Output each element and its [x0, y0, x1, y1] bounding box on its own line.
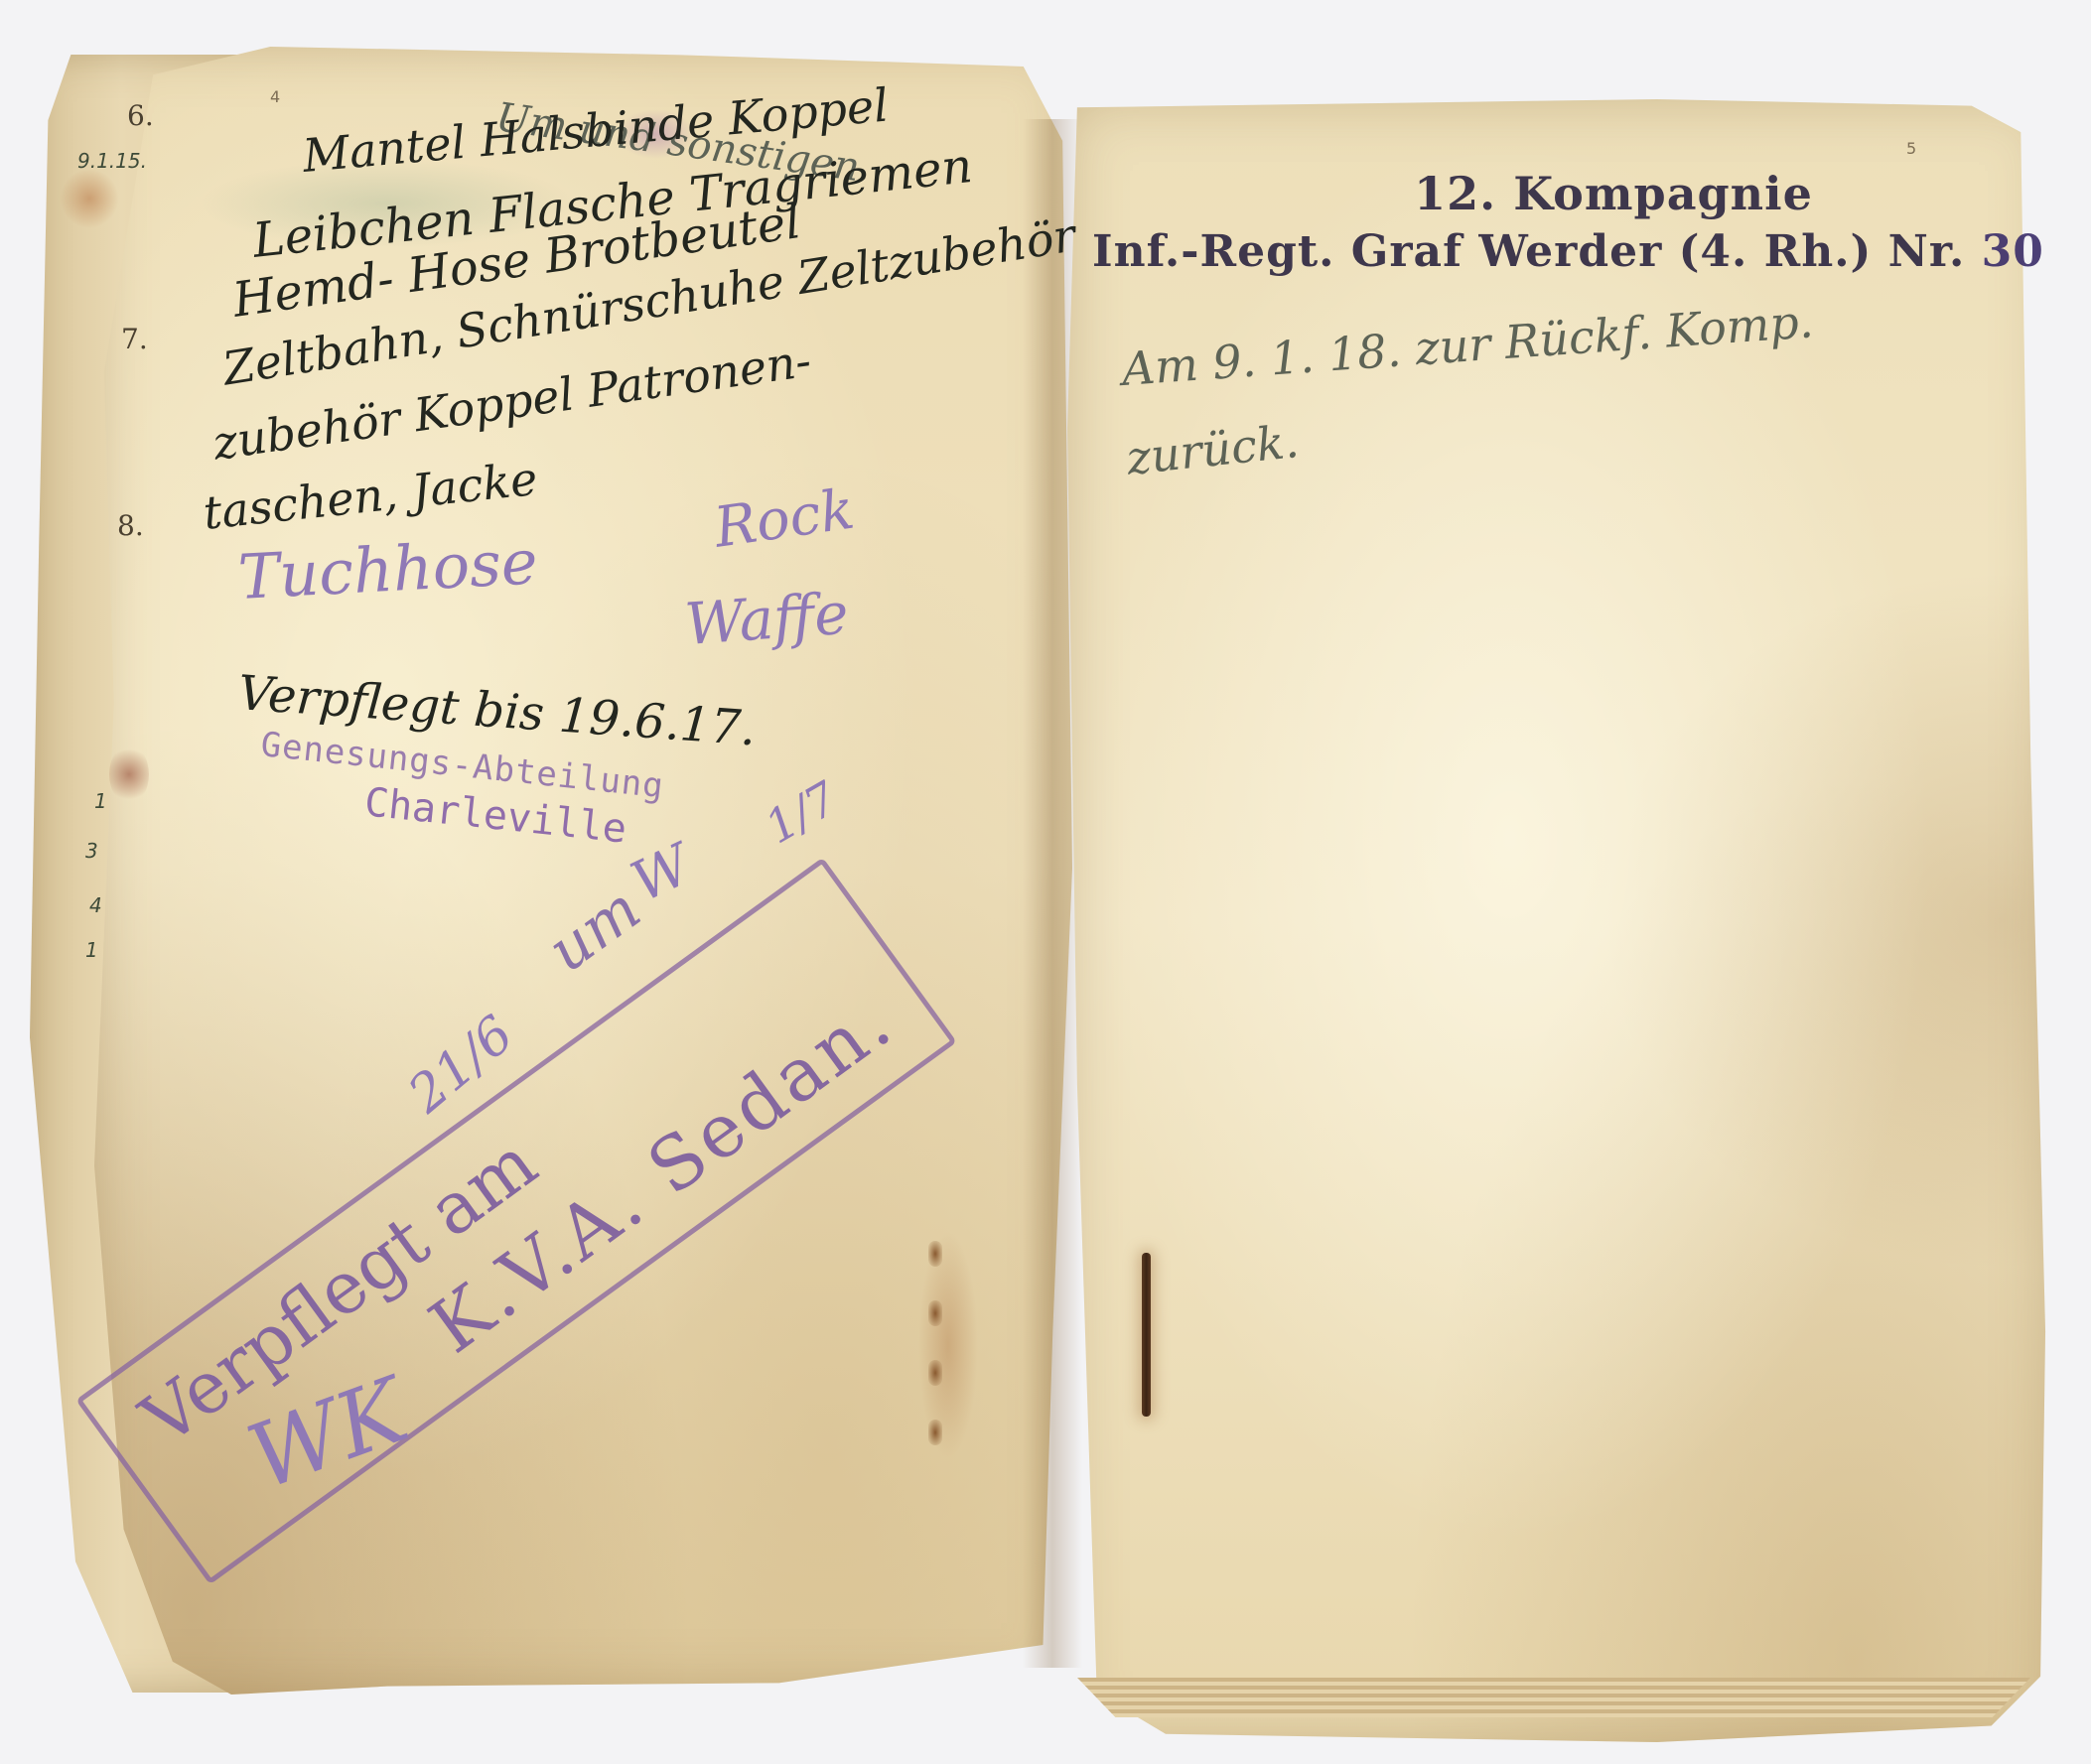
- stamp-company-line1: 12. Kompagnie: [1241, 167, 1986, 220]
- printed-number-6: 6.: [127, 99, 154, 132]
- stamp-company-regiment: 12. Kompagnie Inf.-Regt. Graf Werder (4.…: [1092, 167, 1986, 277]
- pencil-addition-waffe: Waffe: [683, 580, 851, 658]
- stamp-regiment-number: 30: [1982, 226, 2044, 277]
- rust-stain: [918, 1231, 978, 1459]
- pencil-margin-digit: 4: [89, 893, 102, 917]
- page-number-left: 4: [270, 87, 280, 106]
- pencil-margin-digit: 1: [94, 789, 107, 813]
- document-scan: 6. 9.1.15. 7. 8. 1 3 4 1 4 5 Um und sons…: [0, 0, 2091, 1764]
- binding-staple: [1142, 1253, 1151, 1417]
- printed-number-8: 8.: [117, 509, 144, 542]
- stamp-company-line2: Inf.-Regt. Graf Werder (4. Rh.) Nr. 30: [1092, 226, 1986, 277]
- rust-stain: [109, 745, 149, 804]
- stamp-regiment-name: Inf.-Regt. Graf Werder (4. Rh.) Nr.: [1092, 226, 1965, 277]
- printed-number-7: 7.: [121, 323, 148, 355]
- page-number-right: 5: [1906, 139, 1916, 158]
- pencil-margin-digit: 3: [85, 839, 98, 863]
- staple-holes: [928, 1241, 948, 1449]
- rust-stain: [60, 169, 119, 228]
- page-edge-stack: [1077, 1678, 2030, 1717]
- pencil-date: 9.1.15.: [77, 149, 147, 173]
- pencil-margin-digit: 1: [85, 938, 98, 962]
